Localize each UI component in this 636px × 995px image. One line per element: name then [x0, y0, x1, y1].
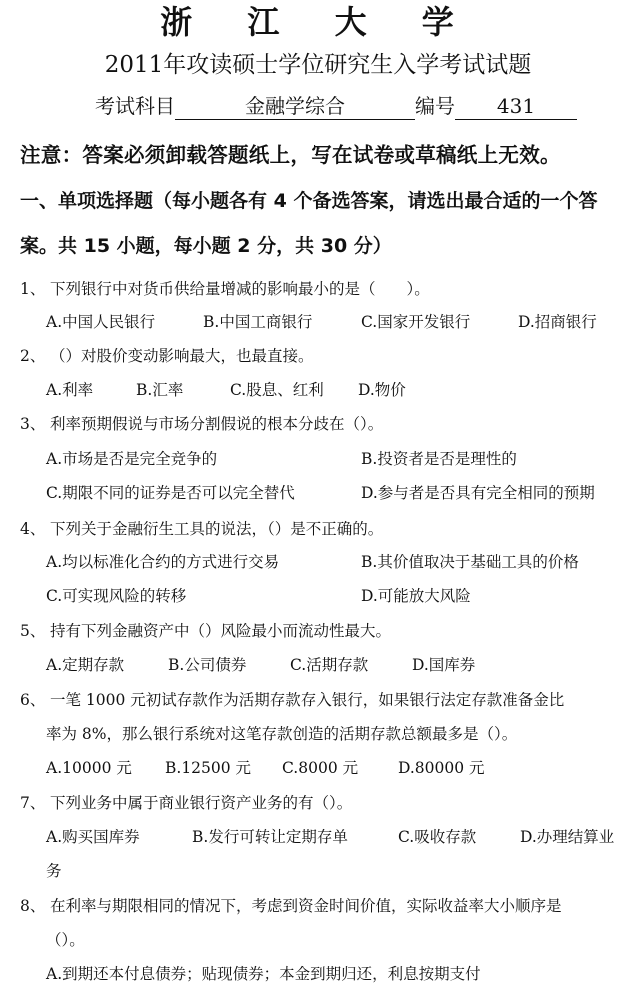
section-title-line2: 案。共 15 小题，每小题 2 分，共 30 分）: [20, 232, 392, 260]
code-label: 编号: [415, 92, 455, 120]
section-title-line1: 一、单项选择题（每小题各有 4 个备选答案，请选出最合适的一个答: [20, 187, 597, 215]
question-number: 2、: [20, 344, 50, 368]
option-d: D.参与者是否具有完全相同的预期: [361, 481, 595, 505]
question-2: 2、（）对股价变动影响最大，也最直接。: [20, 344, 314, 368]
question-number: 8、: [20, 894, 50, 918]
question-6: 6、一笔 1000 元初试存款作为活期存款存入银行，如果银行法定存款准备金比: [20, 688, 564, 712]
question-number: 6、: [20, 688, 50, 712]
option-b: B.12500 元: [165, 756, 251, 780]
option-b: B.投资者是否是理性的: [361, 447, 517, 471]
option-d-continued: 务: [46, 859, 62, 883]
question-3: 3、利率预期假说与市场分割假说的根本分歧在（）。: [20, 412, 383, 436]
question-number: 4、: [20, 517, 50, 541]
option-a: A.定期存款: [46, 653, 124, 677]
option-d: D.办理结算业: [520, 825, 614, 849]
option-c: C.股息、红利: [230, 378, 324, 402]
option-b: B.其价值取决于基础工具的价格: [361, 550, 579, 574]
option-a: A.利率: [46, 378, 93, 402]
question-text: 下列业务中属于商业银行资产业务的有（）。: [50, 794, 352, 812]
question-number: 3、: [20, 412, 50, 436]
option-a: A.10000 元: [46, 756, 132, 780]
option-c: C.吸收存款: [398, 825, 476, 849]
option-b: B.公司债券: [168, 653, 246, 677]
option-d: D.招商银行: [518, 310, 597, 334]
question-text: 一笔 1000 元初试存款作为活期存款存入银行，如果银行法定存款准备金比: [50, 691, 564, 709]
subject-line: 考试科目金融学综合编号431: [95, 92, 577, 120]
question-text: 利率预期假说与市场分割假说的根本分歧在（）。: [50, 415, 383, 433]
option-a: A.市场是否是完全竞争的: [46, 447, 217, 471]
question-5: 5、持有下列金融资产中（）风险最小而流动性最大。: [20, 619, 391, 643]
university-title: 浙 江 大 学: [0, 2, 636, 42]
question-number: 7、: [20, 791, 50, 815]
question-text: （）对股价变动影响最大，也最直接。: [50, 347, 314, 365]
option-b: B.汇率: [136, 378, 183, 402]
question-text: 下列银行中对货币供给量增减的影响最小的是（ ）。: [50, 280, 430, 298]
question-text-continued: 率为 8%，那么银行系统对这笔存款创造的活期存款总额最多是（）。: [46, 722, 517, 746]
question-text: 下列关于金融衍生工具的说法，（）是不正确的。: [50, 520, 383, 538]
option-c: C.可实现风险的转移: [46, 584, 186, 608]
question-text: 持有下列金融资产中（）风险最小而流动性最大。: [50, 622, 391, 640]
option-d: D.国库券: [412, 653, 475, 677]
option-a: A.中国人民银行: [46, 310, 155, 334]
question-text: 在利率与期限相同的情况下，考虑到资金时间价值，实际收益率大小顺序是: [50, 897, 562, 915]
question-8: 8、在利率与期限相同的情况下，考虑到资金时间价值，实际收益率大小顺序是: [20, 894, 562, 918]
option-a: A.购买国库券: [46, 825, 140, 849]
option-a: A.均以标准化合约的方式进行交易: [46, 550, 279, 574]
option-d: D.80000 元: [398, 756, 485, 780]
option-c: C.活期存款: [290, 653, 368, 677]
option-b: B.中国工商银行: [203, 310, 312, 334]
question-text-continued: （）。: [46, 928, 85, 952]
code-value: 431: [455, 93, 577, 120]
question-4: 4、下列关于金融衍生工具的说法，（）是不正确的。: [20, 517, 383, 541]
option-d: D.物价: [358, 378, 406, 402]
notice: 注意：答案必须卸载答题纸上，写在试卷或草稿纸上无效。: [20, 140, 561, 170]
question-7: 7、下列业务中属于商业银行资产业务的有（）。: [20, 791, 352, 815]
option-b: B.发行可转让定期存单: [192, 825, 348, 849]
question-number: 5、: [20, 619, 50, 643]
question-1: 1、下列银行中对货币供给量增减的影响最小的是（ ）。: [20, 277, 430, 301]
option-c: C.国家开发银行: [361, 310, 470, 334]
subject-label: 考试科目: [95, 92, 175, 120]
option-a: A.到期还本付息债券；贴现债券；本金到期归还，利息按期支付: [46, 962, 481, 986]
option-d: D.可能放大风险: [361, 584, 471, 608]
option-c: C.8000 元: [282, 756, 358, 780]
subject-value: 金融学综合: [175, 93, 415, 120]
exam-title: 2011年攻读硕士学位研究生入学考试试题: [0, 50, 636, 80]
question-number: 1、: [20, 277, 50, 301]
option-c: C.期限不同的证券是否可以完全替代: [46, 481, 295, 505]
